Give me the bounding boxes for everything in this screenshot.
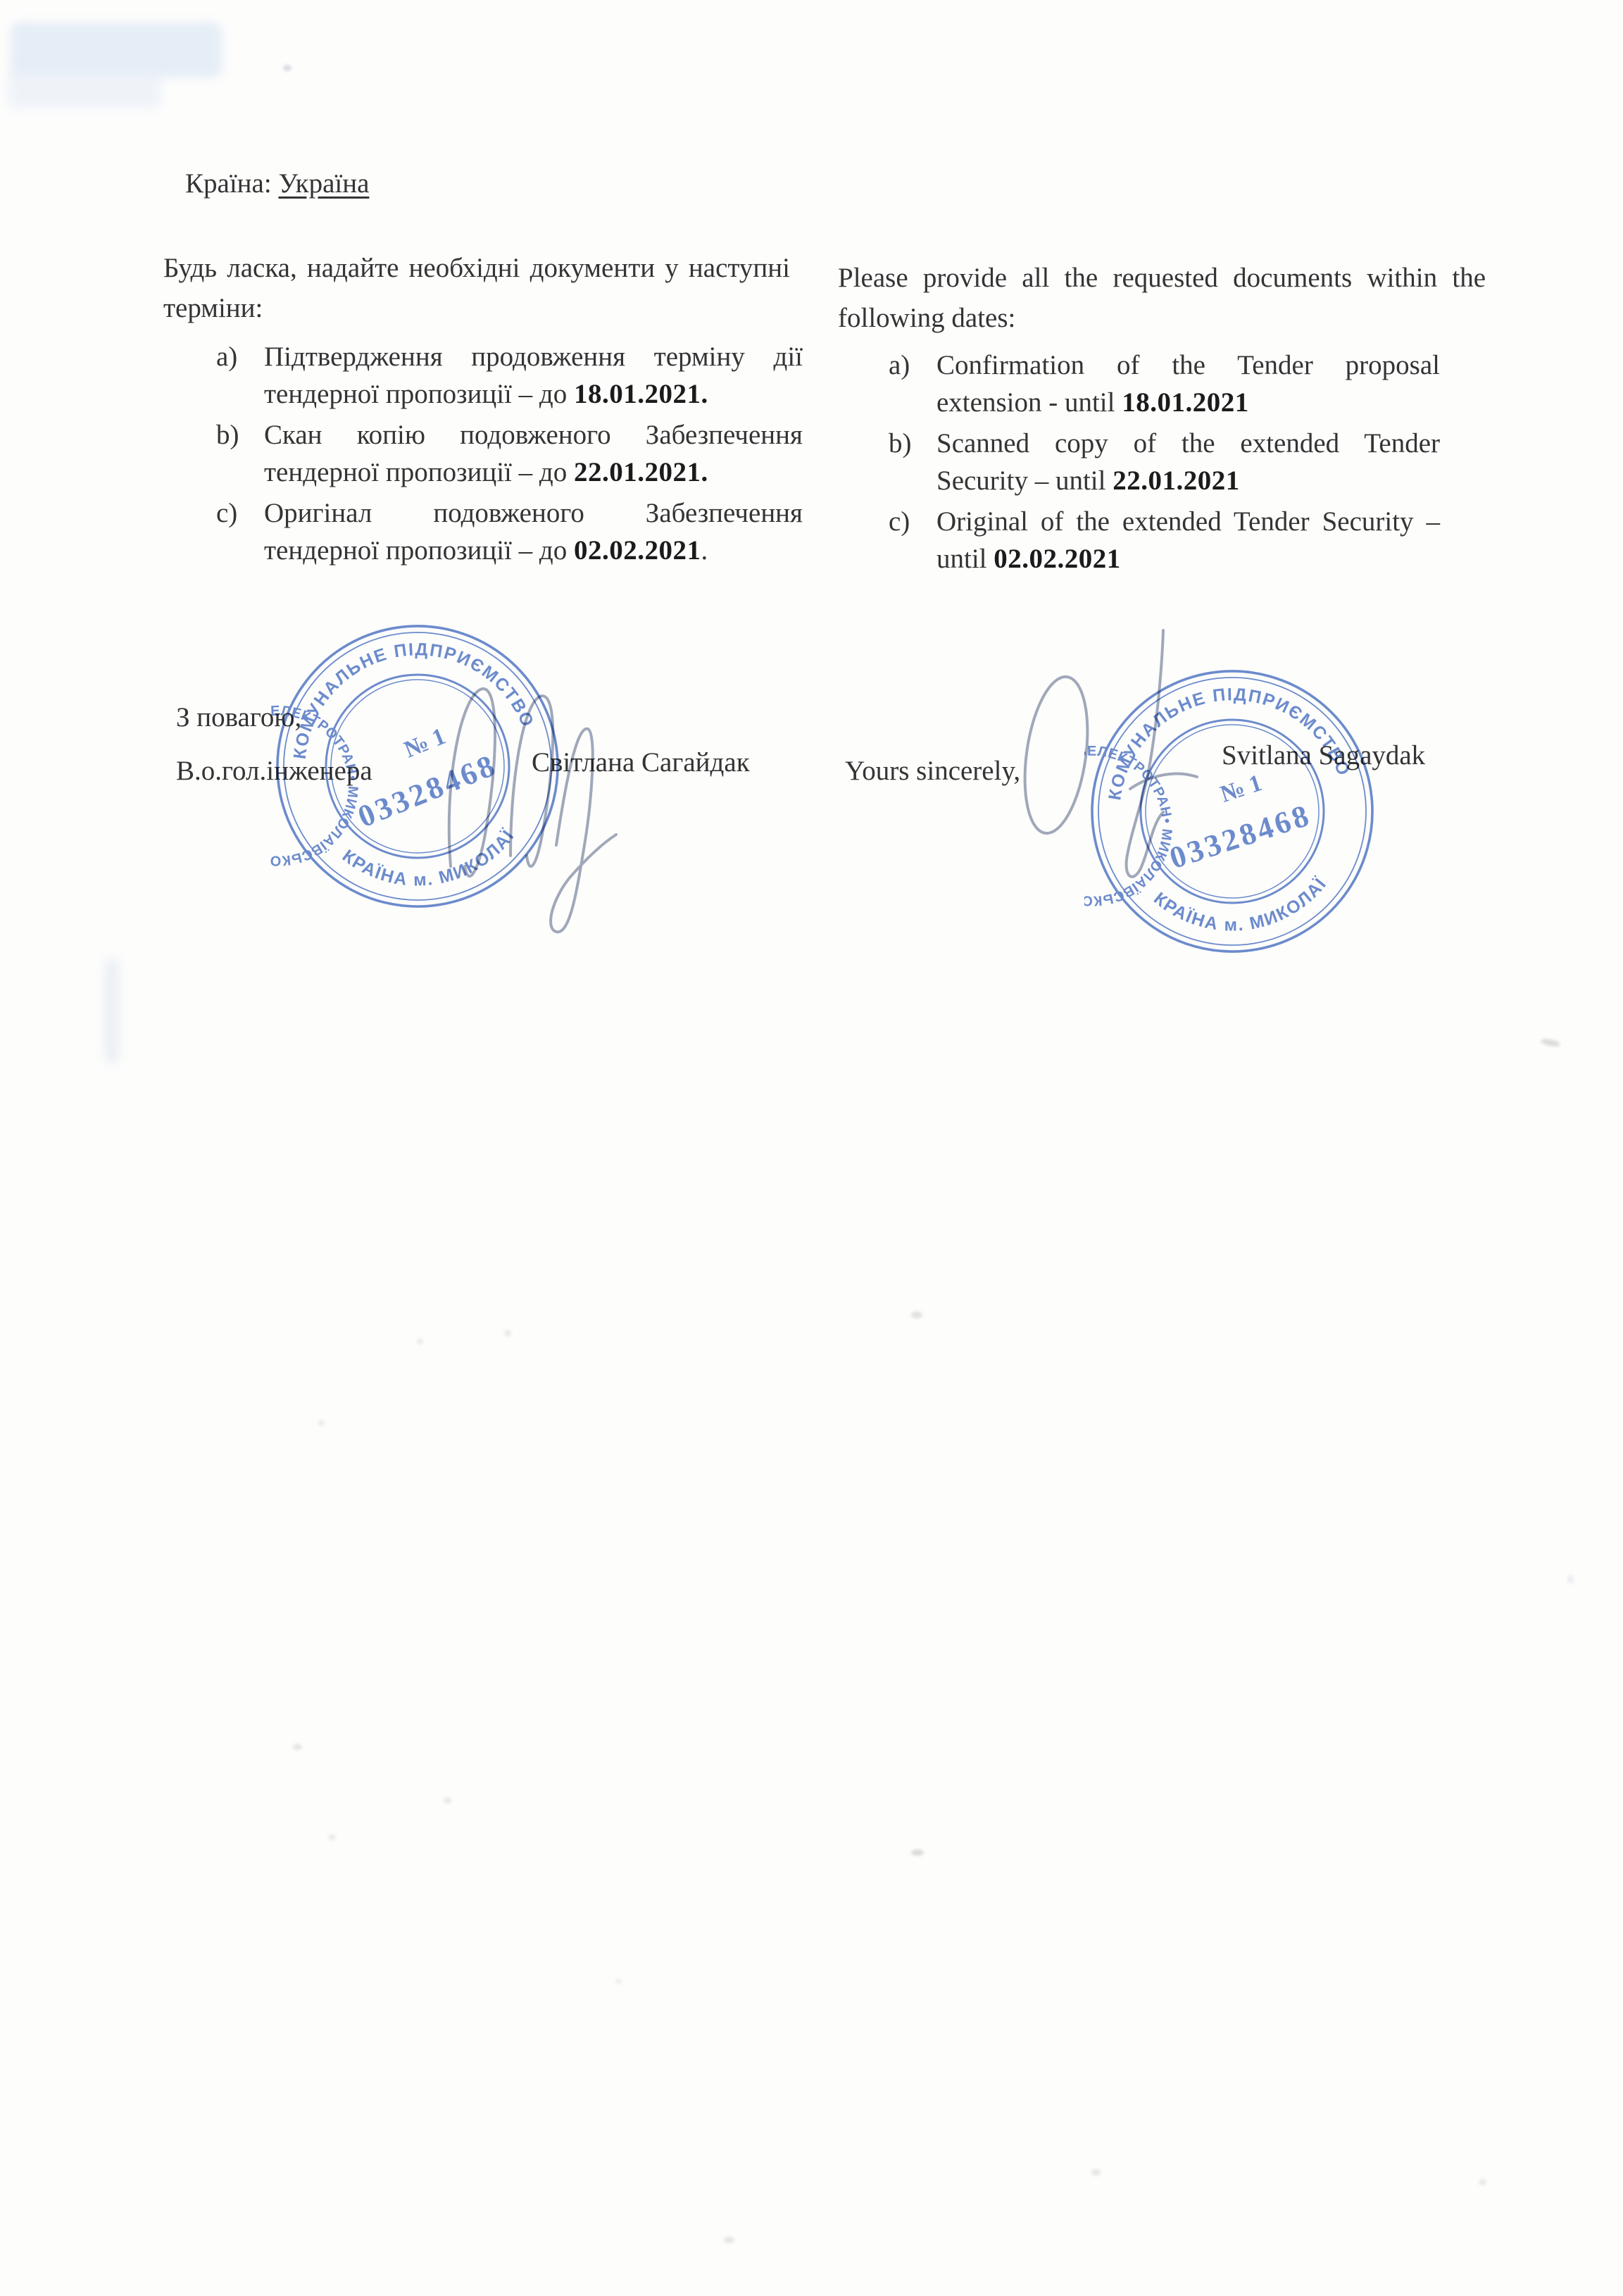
handwritten-signature-right — [986, 609, 1289, 919]
scan-speck — [1091, 2169, 1101, 2176]
list-item-marker: c) — [889, 503, 910, 540]
list-item-marker: b) — [216, 416, 239, 454]
list-item-marker: a) — [889, 347, 910, 384]
list-item: c) Original of the extended Tender Secur… — [889, 503, 1440, 578]
scanned-letter-page: Країна: Україна Будь ласка, надайте необ… — [0, 0, 1623, 2296]
scan-speck — [1567, 1575, 1574, 1584]
scan-speck — [504, 1330, 511, 1337]
scan-speck — [328, 1834, 336, 1840]
intro-ukrainian: Будь ласка, надайте необхідні документи … — [163, 248, 790, 328]
list-item: a) Підтвердження продовження терміну дії… — [216, 338, 803, 413]
list-item-marker: c) — [216, 494, 237, 532]
scan-speck — [911, 1311, 922, 1318]
scan-speck — [293, 1744, 302, 1750]
list-item: b) Scanned copy of the extended Tender S… — [889, 425, 1440, 499]
scan-smudge — [7, 70, 162, 109]
scan-speck — [444, 1797, 451, 1804]
country-value: Україна — [278, 168, 369, 199]
item-text: Оригінал подовженого Забезпечення тендер… — [264, 498, 803, 566]
list-item-marker: a) — [216, 338, 237, 375]
list-item-marker: b) — [889, 425, 912, 462]
item-date: 18.01.2021. — [574, 379, 708, 409]
item-text: Підтвердження продовження терміну дії те… — [264, 342, 803, 409]
english-list: a) Confirmation of the Tender proposal e… — [889, 347, 1440, 581]
item-date: 02.02.2021 — [994, 544, 1121, 574]
scan-speck — [911, 1849, 924, 1856]
item-date: 22.01.2021. — [574, 457, 708, 487]
list-item: c) Оригінал подовженого Забезпечення тен… — [216, 494, 803, 569]
item-date: 18.01.2021 — [1122, 387, 1249, 418]
country-label: Країна: — [185, 168, 278, 199]
scan-speck — [318, 1420, 325, 1426]
handwritten-signature-left — [345, 655, 627, 937]
scan-speck — [417, 1338, 423, 1344]
country-line: Країна: Україна — [185, 163, 369, 204]
scan-smudge — [104, 958, 120, 1063]
scan-speck — [1540, 1037, 1560, 1048]
list-item: b) Скан копію подовженого Забезпечення т… — [216, 416, 803, 491]
intro-english: Please provide all the requested documen… — [838, 258, 1486, 338]
scan-speck — [283, 65, 292, 71]
scan-smudge — [11, 23, 222, 77]
scan-speck — [615, 1979, 622, 1984]
scan-speck — [724, 2237, 734, 2243]
item-text-after: . — [701, 535, 708, 566]
list-item: a) Confirmation of the Tender proposal e… — [889, 347, 1440, 421]
scan-speck — [1479, 2179, 1486, 2185]
ukrainian-list: a) Підтвердження продовження терміну дії… — [216, 338, 803, 573]
item-date: 22.01.2021 — [1113, 466, 1240, 496]
item-date: 02.02.2021 — [574, 535, 701, 566]
item-text: Скан копію подовженого Забезпечення тенд… — [264, 420, 803, 487]
